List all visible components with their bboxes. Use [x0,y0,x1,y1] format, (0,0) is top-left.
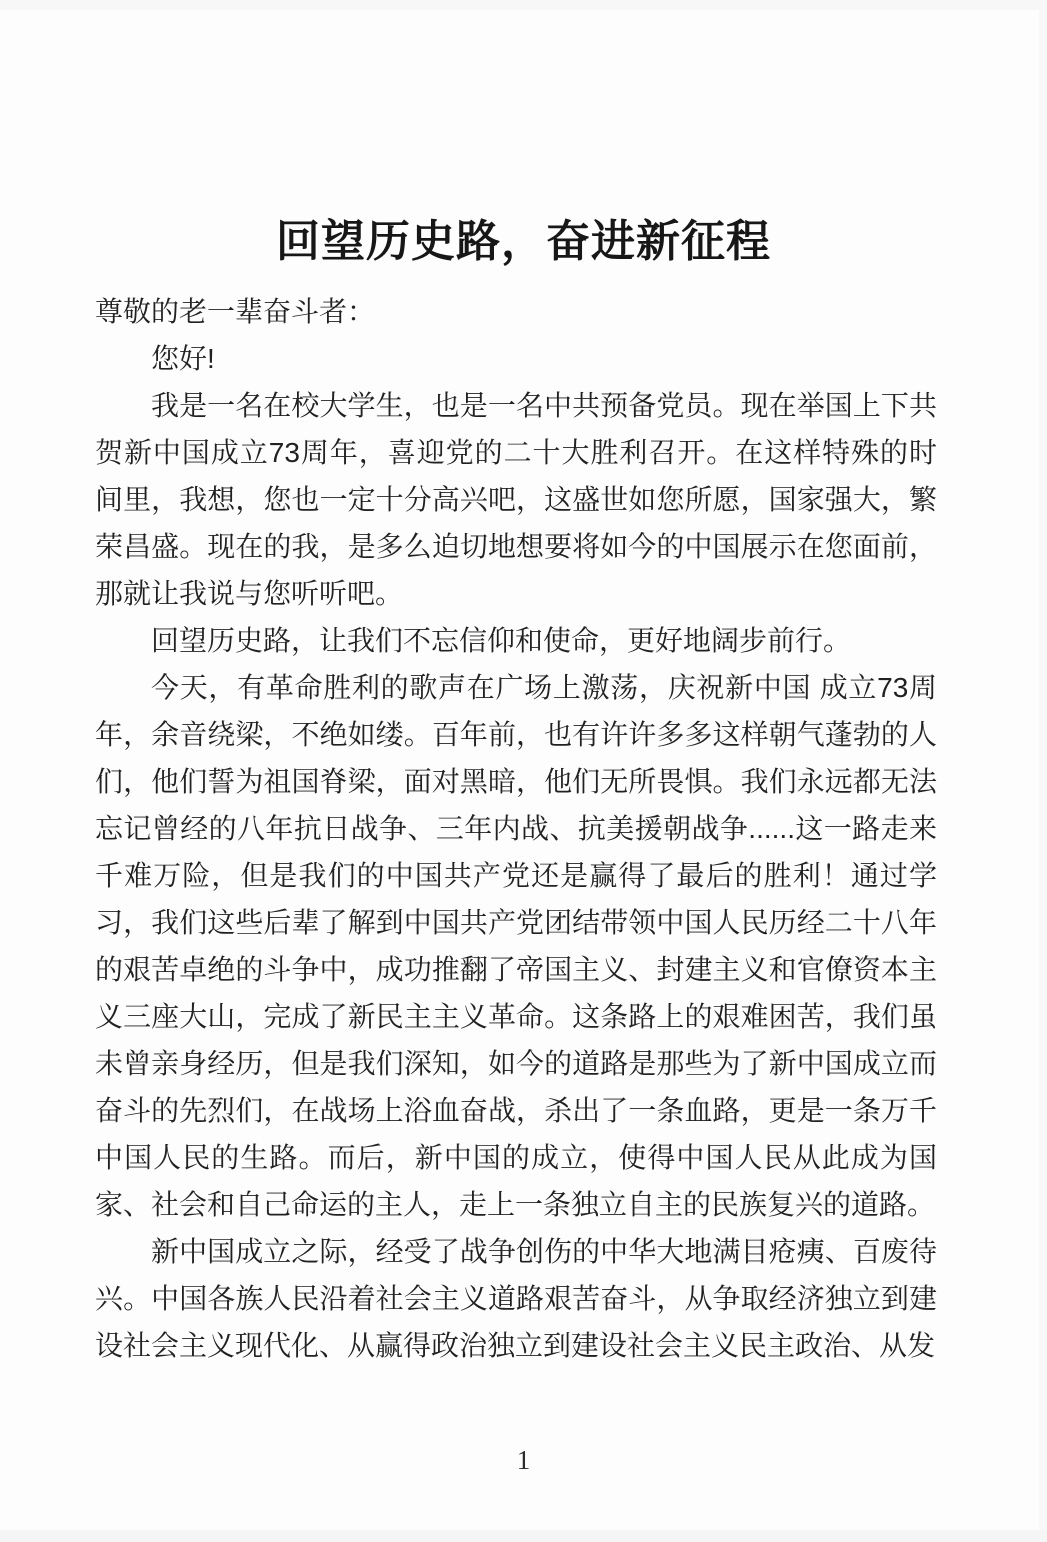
document-page: 回望历史路，奋进新征程 尊敬的老一辈奋斗者： 您好!我是一名在校大学生，也是一名… [0,0,1047,1542]
document-title: 回望历史路，奋进新征程 [0,213,1047,270]
paragraph: 您好! [95,335,937,382]
paragraph: 新中国成立之际，经受了战争创伤的中华大地满目疮痍、百废待兴。中国各族人民沿着社会… [95,1228,937,1369]
salutation: 尊敬的老一辈奋斗者： [95,288,937,335]
page-number: 1 [0,1437,1047,1484]
paragraph: 今天，有革命胜利的歌声在广场上激荡，庆祝新中国 成立73周年，余音绕梁，不绝如缕… [95,664,937,1228]
document-body: 尊敬的老一辈奋斗者： 您好!我是一名在校大学生，也是一名中共预备党员。现在举国上… [95,288,937,1369]
page-top-edge [0,0,1047,10]
paragraph: 回望历史路，让我们不忘信仰和使命，更好地阔步前行。 [95,617,937,664]
paragraph: 我是一名在校大学生，也是一名中共预备党员。现在举国上下共贺新中国成立73周年，喜… [95,382,937,617]
paragraphs: 您好!我是一名在校大学生，也是一名中共预备党员。现在举国上下共贺新中国成立73周… [95,335,937,1369]
page-bottom-edge [0,1530,1047,1542]
